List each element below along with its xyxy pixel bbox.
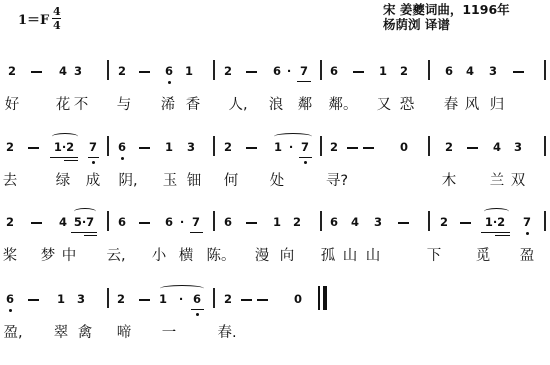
lyric-char: 春 bbox=[444, 93, 459, 114]
dash-line bbox=[31, 71, 42, 73]
lyric-char: 钿 bbox=[187, 169, 202, 190]
note: 3 bbox=[514, 140, 522, 154]
lyric-char: 鄰。 bbox=[329, 93, 358, 114]
bar-line bbox=[428, 136, 430, 156]
underline-beam-double bbox=[64, 160, 78, 161]
lyric-char: 成 bbox=[86, 169, 101, 190]
underline-beam bbox=[71, 232, 97, 233]
note: 6 bbox=[224, 215, 232, 229]
note: 2 bbox=[8, 64, 16, 78]
octave-dot-below bbox=[121, 157, 124, 160]
dash-line bbox=[28, 147, 39, 149]
bar-line bbox=[107, 211, 109, 231]
lyric-char: 山 bbox=[343, 244, 358, 265]
slur-arc bbox=[160, 285, 204, 292]
lyric-char: 风 bbox=[465, 93, 480, 114]
lyric-char: 归 bbox=[490, 93, 505, 114]
bar-line bbox=[544, 136, 546, 156]
lyric-char: 处 bbox=[270, 169, 285, 190]
lyric-char: 盈, bbox=[3, 321, 22, 342]
note: 7 bbox=[300, 64, 308, 78]
lyric-char: 好 bbox=[5, 93, 20, 114]
dash-line bbox=[460, 222, 471, 224]
note: 0 bbox=[400, 140, 408, 154]
note: 2 bbox=[400, 64, 408, 78]
note: 1·2 bbox=[485, 215, 505, 229]
lyric-char: 鄰 bbox=[298, 93, 313, 114]
dash-line bbox=[347, 147, 358, 149]
note: 4 bbox=[493, 140, 501, 154]
note: 6 bbox=[330, 64, 338, 78]
underline-beam bbox=[190, 232, 203, 233]
dash-line bbox=[139, 222, 150, 224]
lyric-char: 陈。 bbox=[207, 244, 236, 265]
lyric-char: 觅 bbox=[476, 244, 491, 265]
note: 2 bbox=[6, 215, 14, 229]
dash-line bbox=[139, 71, 150, 73]
lyric-char: 双 bbox=[511, 169, 526, 190]
lyric-char: 禽 bbox=[78, 321, 93, 342]
note: 2 bbox=[224, 292, 232, 306]
bar-line bbox=[544, 211, 546, 231]
bar-line bbox=[544, 60, 546, 80]
note: 2 bbox=[445, 140, 453, 154]
bar-line bbox=[320, 136, 322, 156]
underline-beam bbox=[299, 157, 312, 158]
bar-line bbox=[213, 211, 215, 231]
octave-dot-below bbox=[168, 81, 171, 84]
note: 2 bbox=[117, 292, 125, 306]
lyric-char: 向 bbox=[280, 244, 295, 265]
final-bar-line-thin bbox=[318, 286, 320, 310]
lyric-char: 绿 bbox=[56, 169, 71, 190]
underline-beam bbox=[88, 157, 99, 158]
note: 2 bbox=[224, 140, 232, 154]
note: 6 bbox=[193, 292, 201, 306]
note: 1 bbox=[165, 140, 173, 154]
dash-line bbox=[241, 299, 252, 301]
octave-dot-below bbox=[526, 232, 529, 235]
lyric-char: 何 bbox=[224, 169, 239, 190]
bar-line bbox=[213, 60, 215, 80]
dash-line bbox=[513, 71, 524, 73]
note: 2 bbox=[440, 215, 448, 229]
lyric-char: 香 bbox=[186, 93, 201, 114]
bar-line bbox=[428, 211, 430, 231]
composer-credit: 宋 姜夔词曲，1196年 bbox=[383, 2, 510, 17]
note: 0 bbox=[294, 292, 302, 306]
note: 4 bbox=[351, 215, 359, 229]
bar-line bbox=[428, 60, 430, 80]
bar-line bbox=[213, 288, 215, 308]
lyric-char: 春. bbox=[217, 321, 236, 342]
note: 7 bbox=[192, 215, 200, 229]
note: 2 bbox=[330, 140, 338, 154]
note: 3 bbox=[77, 292, 85, 306]
bar-line bbox=[320, 211, 322, 231]
note: 6 bbox=[445, 64, 453, 78]
lyric-char: 横 bbox=[179, 244, 194, 265]
lyric-char: 云, bbox=[106, 244, 125, 265]
underline-beam bbox=[481, 232, 510, 233]
octave-dot-below bbox=[304, 161, 307, 164]
note: 2 bbox=[224, 64, 232, 78]
lyric-char: 又 bbox=[377, 93, 392, 114]
note: 6 bbox=[6, 292, 14, 306]
time-numerator: 4 bbox=[53, 6, 61, 17]
note: 7 bbox=[301, 140, 309, 154]
dash-line bbox=[257, 299, 268, 301]
lyric-char: 孤 bbox=[321, 244, 336, 265]
note: 6 bbox=[118, 140, 126, 154]
lyric-char: 山 bbox=[366, 244, 381, 265]
note: 1 bbox=[57, 292, 65, 306]
note: 6 bbox=[330, 215, 338, 229]
dash-line bbox=[353, 71, 364, 73]
time-denominator: 4 bbox=[53, 20, 61, 31]
lyric-char: 梦 bbox=[41, 244, 56, 265]
note: 1 bbox=[185, 64, 193, 78]
note: 6 bbox=[165, 64, 173, 78]
lyric-char: 浪 bbox=[269, 93, 284, 114]
lyric-char: 花 bbox=[56, 93, 71, 114]
credits: 宋 姜夔词曲，1196年 杨荫浏 译谱 bbox=[383, 2, 510, 32]
lyric-char: 恐 bbox=[400, 93, 415, 114]
underline-beam bbox=[297, 81, 311, 82]
lyric-char: 兰 bbox=[490, 169, 505, 190]
note: 4 bbox=[59, 64, 67, 78]
time-signature: 4 4 bbox=[52, 6, 61, 31]
note: 2 bbox=[6, 140, 14, 154]
bar-line bbox=[107, 136, 109, 156]
note: 6 bbox=[118, 215, 126, 229]
note: 4 bbox=[59, 215, 67, 229]
note: 3 bbox=[489, 64, 497, 78]
octave-dot-below bbox=[92, 161, 95, 164]
slur-arc bbox=[52, 133, 78, 140]
slur-arc bbox=[274, 133, 312, 140]
lyric-char: 不 bbox=[74, 93, 89, 114]
lyric-char: 啼 bbox=[117, 321, 132, 342]
lyric-char: 与 bbox=[117, 93, 132, 114]
note: 5·7 bbox=[74, 215, 94, 229]
slur-arc bbox=[484, 208, 509, 215]
slur-arc bbox=[74, 208, 96, 215]
underline-beam-double bbox=[84, 235, 97, 236]
lyric-char: 翠 bbox=[54, 321, 69, 342]
dash-line bbox=[139, 299, 150, 301]
dash-line bbox=[398, 222, 409, 224]
lyric-char: 盈 bbox=[520, 244, 535, 265]
bar-line bbox=[107, 60, 109, 80]
note: 1 bbox=[273, 215, 281, 229]
underline-beam bbox=[50, 157, 78, 158]
note: 4 bbox=[466, 64, 474, 78]
lyric-char: 一 bbox=[162, 321, 177, 342]
bar-line bbox=[107, 288, 109, 308]
lyric-char: 小 bbox=[152, 244, 167, 265]
underline-beam bbox=[191, 309, 204, 310]
dash-line bbox=[246, 222, 257, 224]
note: 1·2 bbox=[54, 140, 74, 154]
lyric-char: 漫 bbox=[255, 244, 270, 265]
lyric-char: 中 bbox=[62, 244, 77, 265]
note: 3 bbox=[74, 64, 82, 78]
note: 6 bbox=[165, 215, 173, 229]
lyric-char: 人, bbox=[228, 93, 247, 114]
note: 2 bbox=[293, 215, 301, 229]
dash-line bbox=[28, 299, 39, 301]
note: 3 bbox=[187, 140, 195, 154]
dash-line bbox=[467, 147, 478, 149]
dot-rhythm: · bbox=[180, 215, 184, 229]
dash-line bbox=[246, 71, 257, 73]
note: 3 bbox=[374, 215, 382, 229]
note: 7 bbox=[523, 215, 531, 229]
dot-rhythm: · bbox=[179, 292, 183, 306]
lyric-char: 去 bbox=[3, 169, 18, 190]
underline-beam-double bbox=[495, 235, 510, 236]
key-label: 1＝F bbox=[18, 9, 49, 28]
dash-line bbox=[246, 147, 257, 149]
lyric-char: 桨 bbox=[3, 244, 18, 265]
note: 1 bbox=[159, 292, 167, 306]
octave-dot-below bbox=[196, 313, 199, 316]
key-signature: 1＝F 4 4 bbox=[18, 6, 61, 31]
dash-line bbox=[363, 147, 374, 149]
bar-line bbox=[213, 136, 215, 156]
note: 7 bbox=[89, 140, 97, 154]
octave-dot-below bbox=[9, 309, 12, 312]
lyric-char: 寻? bbox=[326, 169, 348, 190]
lyric-char: 阴, bbox=[118, 169, 137, 190]
lyric-char: 木 bbox=[442, 169, 457, 190]
lyric-char: 玉 bbox=[163, 169, 178, 190]
transcriber-credit: 杨荫浏 译谱 bbox=[383, 17, 510, 32]
note: 6 bbox=[273, 64, 281, 78]
lyric-char: 下 bbox=[427, 244, 442, 265]
bar-line bbox=[320, 60, 322, 80]
dot-rhythm: · bbox=[289, 140, 293, 154]
dash-line bbox=[139, 147, 150, 149]
note: 1 bbox=[274, 140, 282, 154]
note: 2 bbox=[118, 64, 126, 78]
dot-rhythm: · bbox=[287, 64, 291, 78]
note: 1 bbox=[379, 64, 387, 78]
final-bar-line-thick bbox=[323, 286, 327, 310]
dash-line bbox=[31, 222, 42, 224]
lyric-char: 浠 bbox=[161, 93, 176, 114]
